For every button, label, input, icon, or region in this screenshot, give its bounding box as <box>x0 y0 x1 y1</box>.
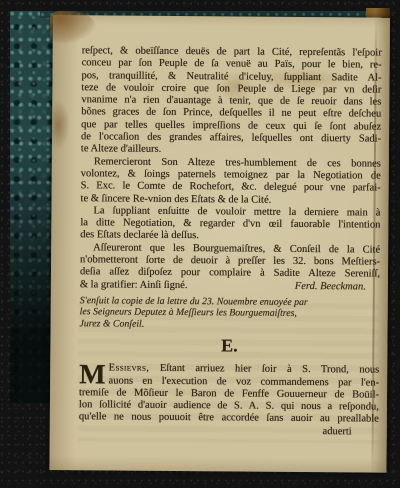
paragraph-respect: reſpect, & obeïſſance deuës de part la C… <box>81 45 382 158</box>
signature-prefix: & la gratifier: Ainſi ſigné. <box>80 279 188 292</box>
paragraph-asseureront: Aſſeureront que les Bourguemaiſtres, & C… <box>80 242 380 281</box>
paragraph-remercieront: Remercieront Son Alteze tres-humblement … <box>81 156 381 208</box>
catchword: aduerti <box>79 425 379 440</box>
text-line: qu'elle ne nous pouuoit être accordée ſa… <box>79 411 379 426</box>
book-page: reſpect, & obeïſſance deuës de part la C… <box>49 15 390 473</box>
worn-corner-stain <box>50 11 96 43</box>
closing-paragraph: M Essievrs, Eſtant arriuez hier ſoir à S… <box>79 363 379 426</box>
signature-line: & la gratifier: Ainſi ſigné. Ferd. Beeck… <box>80 279 380 294</box>
first-line-rest: Eſtant arriuez hier ſoir à S. Trond, nou… <box>149 363 379 376</box>
paragraph-suppliant: La ſuppliant enſuitte de vouloir mettre … <box>80 205 380 244</box>
drop-cap: M <box>79 364 106 387</box>
page-text: reſpect, & obeïſſance deuës de part la C… <box>79 45 382 439</box>
photo-backdrop: reſpect, & obeïſſance deuës de part la C… <box>0 0 400 488</box>
signature: Ferd. Beeckman. <box>295 281 366 294</box>
letter-heading: S'enſuit la copie de la lettre du 23. No… <box>80 295 380 332</box>
lead-word: Essievrs, <box>109 363 150 374</box>
section-letter: E. <box>79 335 379 357</box>
text-line: Jurez & Conſeil. <box>80 318 380 332</box>
